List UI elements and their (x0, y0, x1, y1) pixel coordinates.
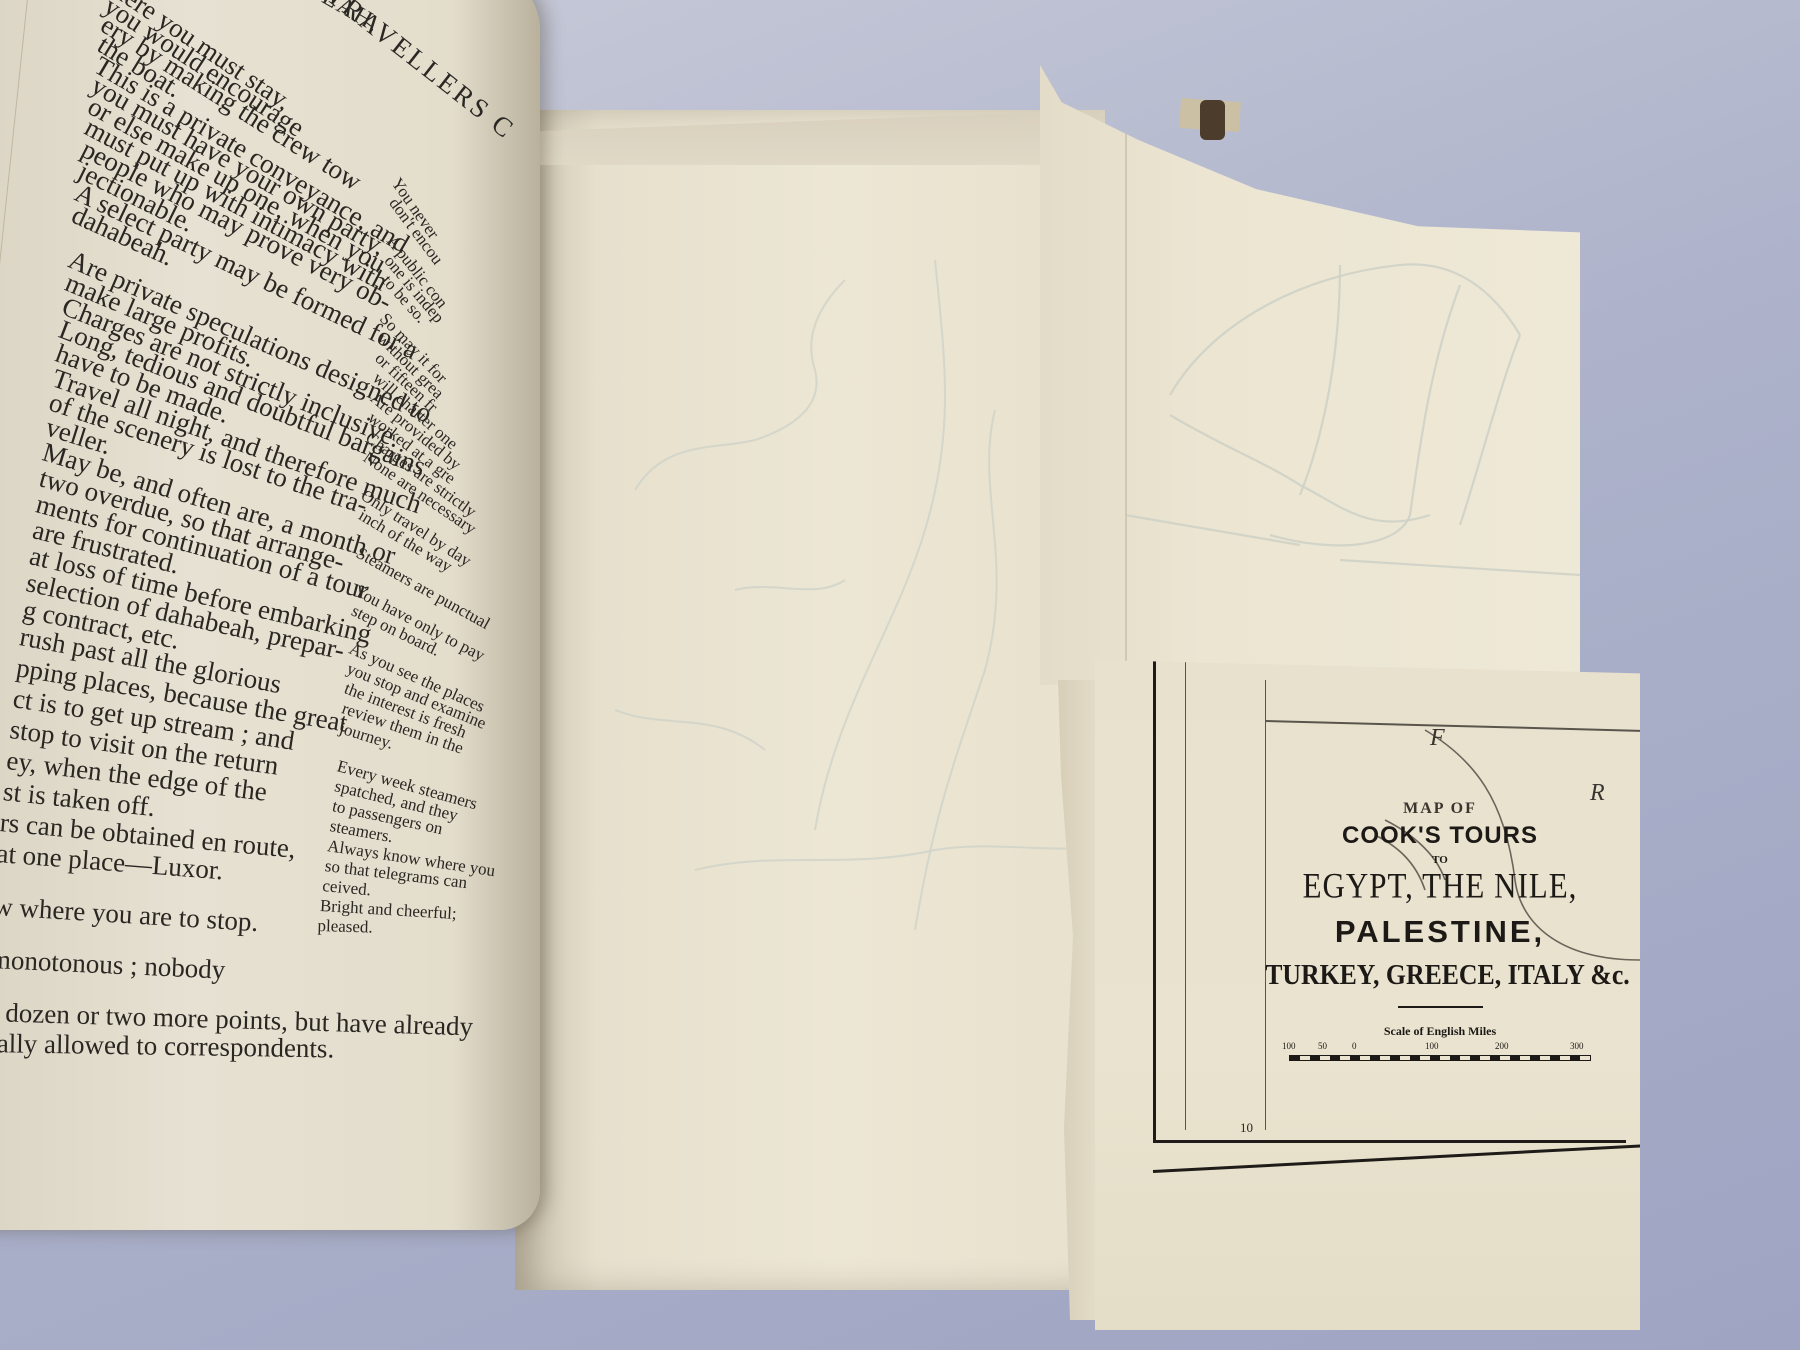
fold-crease (1125, 65, 1127, 685)
map-title-block: MAP OF COOK'S TOURS TO EGYPT, THE NILE, … (1250, 800, 1630, 1061)
scale-bar (1289, 1055, 1591, 1061)
scale-ticks: 100 50 0 100 200 300 (1290, 1041, 1590, 1055)
scale-tick: 300 (1570, 1041, 1584, 1051)
page-number: 10 (1240, 1120, 1253, 1136)
scale-tick: 50 (1318, 1041, 1327, 1051)
scale-tick: 100 (1425, 1041, 1439, 1051)
scale-tick: 100 (1282, 1041, 1296, 1051)
side-text-column: You neverdon't encouA public conone is i… (335, 170, 495, 936)
map-title-palestine: PALESTINE, (1250, 914, 1630, 950)
map-title-egypt: EGYPT, THE NILE, (1250, 865, 1630, 906)
scale-tick: 0 (1352, 1041, 1357, 1051)
spine-tassel (1200, 100, 1225, 140)
map-title-map-of: MAP OF (1250, 800, 1630, 818)
show-through-map-lines (1040, 65, 1580, 685)
map-title-cooks-tours: COOK'S TOURS (1250, 822, 1630, 850)
photo-scene: F R MAP OF COOK'S TOURS TO EGYPT, THE NI… (0, 0, 1800, 1350)
text-line: ually allowed to correspondents. (0, 1028, 454, 1066)
map-bottom-border (1153, 1144, 1642, 1173)
map-fold-flap (1040, 65, 1580, 685)
show-through-map-lines (515, 110, 1105, 1290)
map-title-panel: F R MAP OF COOK'S TOURS TO EGYPT, THE NI… (1095, 660, 1640, 1330)
map-title-turkey: TURKEY, GREECE, ITALY &c. (1265, 960, 1615, 992)
map-region-letter: F (1430, 725, 1445, 752)
map-title-to: TO (1250, 854, 1630, 866)
scale-label: Scale of English Miles (1250, 1024, 1630, 1039)
map-scale: Scale of English Miles 100 50 0 100 200 … (1250, 1024, 1630, 1061)
text-line: monotonous ; nobody (0, 944, 460, 996)
text-page: BEAH. TRAVELLERS C there you must stay,y… (0, 0, 540, 1230)
map-reverse-page (515, 110, 1105, 1290)
scale-tick: 200 (1495, 1041, 1509, 1051)
title-divider (1398, 1006, 1483, 1008)
